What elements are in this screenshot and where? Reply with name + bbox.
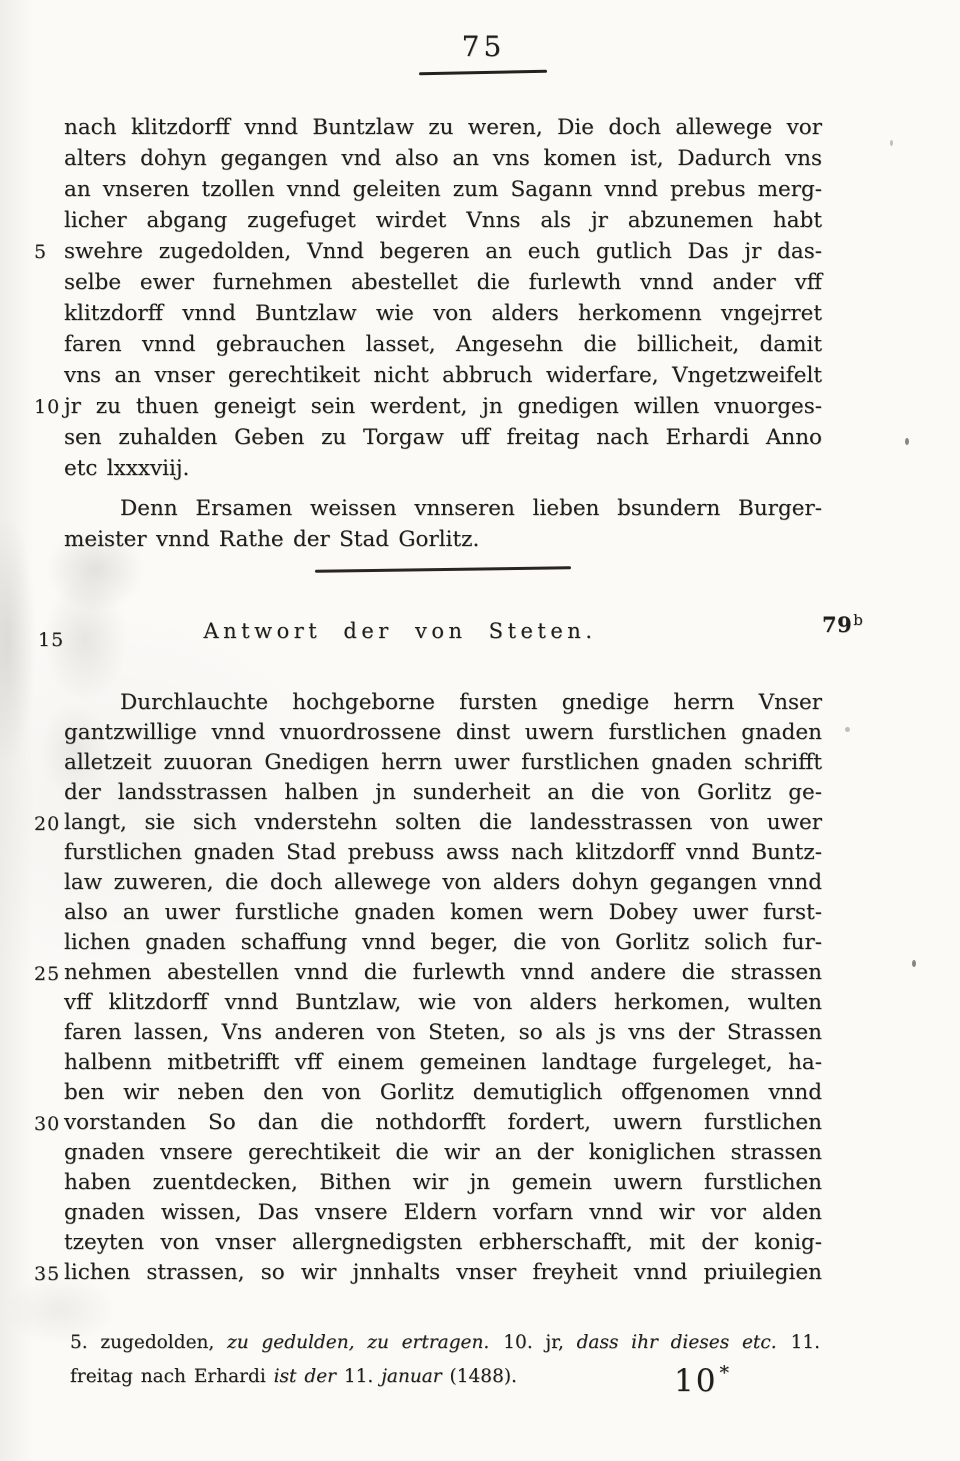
text-line: alletzeit zuuoran Gnedigen herrn uwer fu… bbox=[64, 748, 822, 778]
line-text: nach klitzdorff vnnd Buntzlaw zu weren, … bbox=[64, 115, 822, 140]
footnote-text: 5. zugedolden, bbox=[70, 1332, 227, 1353]
line-text: selbe ewer furnehmen abestellet die furl… bbox=[64, 270, 822, 295]
text-line: gnaden vnsere gerechtikeit die wir an de… bbox=[64, 1138, 822, 1168]
line-text: faren lassen, Vns anderen von Steten, so… bbox=[64, 1020, 822, 1045]
line-text: etc lxxxviij. bbox=[64, 456, 189, 481]
folio-superscript: b bbox=[853, 611, 863, 629]
footnote-text-italic: dass ihr dieses etc. bbox=[577, 1332, 777, 1353]
text-line: tzeyten von vnser allergnedigsten erbher… bbox=[64, 1228, 822, 1258]
footnote-text-italic: zu gedulden, zu ertragen. bbox=[227, 1332, 489, 1353]
footnote-text-italic: januar bbox=[381, 1366, 441, 1387]
signature-number: 10 bbox=[674, 1363, 717, 1399]
line-text: vorstanden So dan die nothdorfft fordert… bbox=[64, 1110, 822, 1135]
line-text: gantzwillige vnnd vnuordrossene dinst uw… bbox=[64, 720, 822, 745]
text-line: Denn Ersamen weissen vnnseren lieben bsu… bbox=[64, 493, 822, 524]
folio-mark: 79b bbox=[822, 611, 863, 637]
footnote-text: (1488). bbox=[442, 1366, 517, 1387]
text-line: furstlichen gnaden Stad prebuss awss nac… bbox=[64, 838, 822, 868]
footnote-text: 10. jr, bbox=[503, 1332, 576, 1353]
text-line: an vnseren tzollen vnnd geleiten zum Sag… bbox=[64, 174, 822, 205]
line-text: Denn Ersamen weissen vnnseren lieben bsu… bbox=[120, 496, 822, 521]
line-text: der landsstrassen halben jn sunderheit a… bbox=[64, 780, 822, 805]
text-line: haben zuentdecken, Bithen wir jn gemein … bbox=[64, 1168, 822, 1198]
text-line: nach klitzdorff vnnd Buntzlaw zu weren, … bbox=[64, 112, 822, 143]
line-text: vff klitzdorff vnnd Buntzlaw, wie von al… bbox=[64, 990, 822, 1015]
text-line: selbe ewer furnehmen abestellet die furl… bbox=[64, 267, 822, 298]
text-line: licher abgang zugefuget wirdet Vnns als … bbox=[64, 205, 822, 236]
section-divider-rule bbox=[315, 566, 571, 573]
line-text: alletzeit zuuoran Gnedigen herrn uwer fu… bbox=[64, 750, 822, 775]
line-text: lichen gnaden schaffung vnnd beger, die … bbox=[64, 930, 822, 955]
line-number: 10 bbox=[34, 392, 60, 423]
text-line: faren lassen, Vns anderen von Steten, so… bbox=[64, 1018, 822, 1048]
text-line: 20langt, sie sich vnderstehn solten die … bbox=[64, 808, 822, 838]
line-text: ben wir neben den von Gorlitz demutiglic… bbox=[64, 1080, 822, 1105]
text-line: lichen gnaden schaffung vnnd beger, die … bbox=[64, 928, 822, 958]
text-line: also an uwer furstliche gnaden komen wer… bbox=[64, 898, 822, 928]
text-line: klitzdorff vnnd Buntzlaw wie von alders … bbox=[64, 298, 822, 329]
line-text: gnaden vnsere gerechtikeit die wir an de… bbox=[64, 1140, 822, 1165]
text-line: sen zuhalden Geben zu Torgaw uff freitag… bbox=[64, 422, 822, 453]
text-line: 35lichen strassen, so wir jnnhalts vnser… bbox=[64, 1258, 822, 1288]
line-text: halbenn mitbetrifft vff einem gemeinen l… bbox=[64, 1050, 822, 1075]
text-line: 25nehmen abestellen vnnd die furlewth vn… bbox=[64, 958, 822, 988]
section-heading-title: Antwort der von Steten. bbox=[203, 619, 596, 643]
line-number: 20 bbox=[34, 809, 60, 839]
scanned-book-page: 75 nach klitzdorff vnnd Buntzlaw zu were… bbox=[0, 0, 960, 1461]
line-text: furstlichen gnaden Stad prebuss awss nac… bbox=[64, 840, 822, 865]
line-number: 5 bbox=[34, 237, 60, 268]
page-number-rule bbox=[419, 70, 547, 75]
line-text: Durchlauchte hochgeborne fursten gnedige… bbox=[120, 690, 822, 715]
line-number: 25 bbox=[34, 959, 60, 989]
scan-speck bbox=[890, 140, 893, 146]
line-text: jr zu thuen geneigt sein werdent, jn gne… bbox=[64, 394, 822, 419]
text-line: alters dohyn gegangen vnd also an vns ko… bbox=[64, 143, 822, 174]
text-line: ben wir neben den von Gorlitz demutiglic… bbox=[64, 1078, 822, 1108]
letter-text-section-1: nach klitzdorff vnnd Buntzlaw zu weren, … bbox=[64, 112, 822, 555]
line-text: licher abgang zugefuget wirdet Vnns als … bbox=[64, 208, 822, 233]
line-text: an vnseren tzollen vnnd geleiten zum Sag… bbox=[64, 177, 822, 202]
line-text: haben zuentdecken, Bithen wir jn gemein … bbox=[64, 1170, 822, 1195]
text-line: vff klitzdorff vnnd Buntzlaw, wie von al… bbox=[64, 988, 822, 1018]
scan-speck bbox=[912, 960, 916, 967]
line-text: lichen strassen, so wir jnnhalts vnser f… bbox=[64, 1260, 822, 1285]
line-text: sen zuhalden Geben zu Torgaw uff freitag… bbox=[64, 425, 822, 450]
footnote-text-italic: ist der bbox=[274, 1366, 336, 1387]
folio-number: 79 bbox=[822, 612, 852, 637]
text-line: vns an vnser gerechtikeit nicht abbruch … bbox=[64, 360, 822, 391]
text-line: meister vnnd Rathe der Stad Gorlitz. bbox=[64, 524, 822, 555]
text-line: halbenn mitbetrifft vff einem gemeinen l… bbox=[64, 1048, 822, 1078]
text-line: der landsstrassen halben jn sunderheit a… bbox=[64, 778, 822, 808]
scan-speck bbox=[845, 727, 850, 732]
letter-text-section-2: Durchlauchte hochgeborne fursten gnedige… bbox=[64, 688, 822, 1288]
text-line: 10jr zu thuen geneigt sein werdent, jn g… bbox=[64, 391, 822, 422]
text-line: law zuweren, die doch allewege von alder… bbox=[64, 868, 822, 898]
line-text: law zuweren, die doch allewege von alder… bbox=[64, 870, 822, 895]
line-number: 15 bbox=[38, 629, 62, 651]
line-number: 30 bbox=[34, 1109, 60, 1139]
page-number: 75 bbox=[420, 30, 547, 63]
text-line: Durchlauchte hochgeborne fursten gnedige… bbox=[64, 688, 822, 718]
line-text: swehre zugedolden, Vnnd begeren an euch … bbox=[64, 239, 822, 264]
line-text: alters dohyn gegangen vnd also an vns ko… bbox=[64, 146, 822, 171]
line-text: also an uwer furstliche gnaden komen wer… bbox=[64, 900, 822, 925]
footnote-text: 11. bbox=[791, 1332, 820, 1353]
line-text: vns an vnser gerechtikeit nicht abbruch … bbox=[64, 363, 822, 388]
line-text: gnaden wissen, Das vnsere Eldern vorfarn… bbox=[64, 1200, 822, 1225]
text-line: faren vnnd gebrauchen lasset, Angesehn d… bbox=[64, 329, 822, 360]
footnote-line: 5. zugedolden, zu gedulden, zu ertragen.… bbox=[70, 1326, 820, 1360]
text-line: 30vorstanden So dan die nothdorfft forde… bbox=[64, 1108, 822, 1138]
line-number: 35 bbox=[34, 1259, 60, 1289]
footnote-text: freitag nach Erhardi bbox=[70, 1366, 274, 1387]
line-text: klitzdorff vnnd Buntzlaw wie von alders … bbox=[64, 301, 822, 326]
line-text: tzeyten von vnser allergnedigsten erbher… bbox=[64, 1230, 822, 1255]
text-line: 5swehre zugedolden, Vnnd begeren an euch… bbox=[64, 236, 822, 267]
text-line: gnaden wissen, Das vnsere Eldern vorfarn… bbox=[64, 1198, 822, 1228]
footnote-text: 11. bbox=[336, 1366, 381, 1387]
line-text: langt, sie sich vnderstehn solten die la… bbox=[64, 810, 822, 835]
line-text: meister vnnd Rathe der Stad Gorlitz. bbox=[64, 527, 479, 552]
signature-mark: 10* bbox=[674, 1362, 731, 1399]
scan-speck bbox=[905, 438, 909, 445]
signature-asterisk: * bbox=[719, 1362, 731, 1384]
text-line: etc lxxxviij. bbox=[64, 453, 822, 484]
line-text: faren vnnd gebrauchen lasset, Angesehn d… bbox=[64, 332, 822, 357]
line-text: nehmen abestellen vnnd die furlewth vnnd… bbox=[64, 960, 822, 985]
text-line: gantzwillige vnnd vnuordrossene dinst uw… bbox=[64, 718, 822, 748]
section-heading-row: 15 Antwort der von Steten. bbox=[64, 619, 736, 643]
